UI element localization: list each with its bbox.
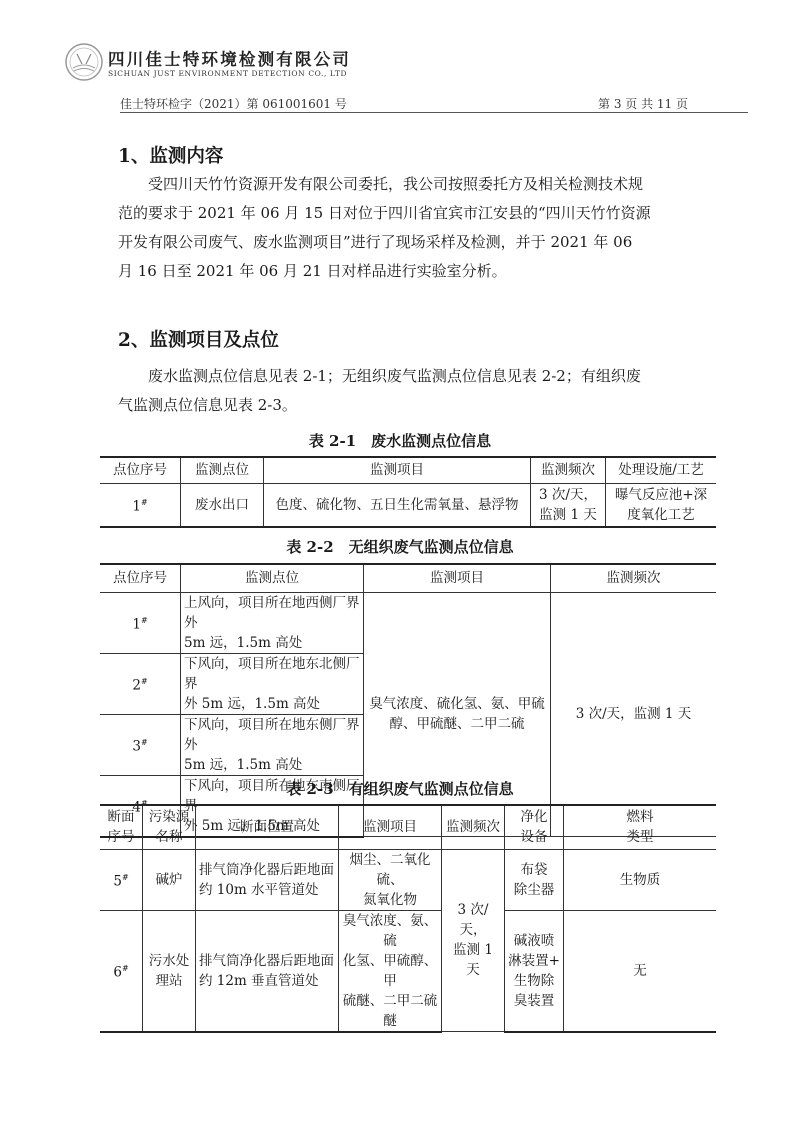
- section-2-paragraph: 废水监测点位信息见表 2-1；无组织废气监测点位信息见表 2-2；有组织废 气监…: [118, 362, 682, 420]
- purification-device: 布袋除尘器: [505, 849, 564, 910]
- fuel-type: 无: [564, 910, 717, 1032]
- table-header-row: 点位序号 监测点位 监测项目 监测频次 处理设施/工艺: [100, 457, 716, 483]
- para-line: 废水监测点位信息见表 2-1；无组织废气监测点位信息见表 2-2；有组织废: [148, 367, 641, 385]
- para-line: 开发有限公司废气、废水监测项目”进行了现场采样及检测，并于 2021 年 06: [118, 233, 632, 251]
- col-header: 点位序号: [100, 564, 181, 592]
- table-2-3: 断面序号 污染源名称 断面位置 监测项目 监测频次 净化设备 燃料类型 5# 碱…: [100, 804, 716, 1033]
- section-1-paragraph: 受四川天竹竹资源开发有限公司委托，我公司按照委托方及相关检测技术规 范的要求于 …: [118, 170, 682, 286]
- monitoring-items: 臭气浓度、硫化氢、氨、甲硫醇、甲硫醚、二甲二硫: [364, 592, 551, 837]
- col-header: 监测频次: [531, 457, 606, 483]
- monitoring-frequency: 3 次/天，监测 1 天: [531, 483, 606, 527]
- point-number: 3#: [100, 714, 181, 775]
- monitoring-items: 色度、硫化物、五日生化需氧量、悬浮物: [264, 483, 531, 527]
- monitoring-items: 烟尘、二氧化硫、氮氧化物: [339, 849, 442, 910]
- col-header: 监测点位: [181, 457, 264, 483]
- para-line: 气监测点位信息见表 2-3。: [118, 396, 297, 414]
- col-header: 处理设施/工艺: [606, 457, 717, 483]
- section-position: 排气筒净化器后距地面约 12m 垂直管道处: [196, 910, 339, 1032]
- table-2-1: 点位序号 监测点位 监测项目 监测频次 处理设施/工艺 1# 废水出口 色度、硫…: [100, 456, 716, 528]
- table-2-1-caption: 表 2-1 废水监测点位信息: [0, 430, 800, 451]
- company-logo-icon: [64, 42, 104, 82]
- monitoring-site: 废水出口: [181, 483, 264, 527]
- col-header: 净化设备: [505, 805, 564, 849]
- col-header: 点位序号: [100, 457, 181, 483]
- col-header: 监测点位: [181, 564, 364, 592]
- company-name-en: SICHUAN JUST ENVIRONMENT DETECTION CO., …: [108, 69, 347, 78]
- table-header-row: 断面序号 污染源名称 断面位置 监测项目 监测频次 净化设备 燃料类型: [100, 805, 716, 849]
- monitoring-site: 下风向，项目所在地东侧厂界外5m 远，1.5m 高处: [181, 714, 364, 775]
- point-number: 2#: [100, 653, 181, 714]
- col-header: 断面位置: [196, 805, 339, 849]
- table-header-row: 点位序号 监测点位 监测项目 监测频次: [100, 564, 716, 592]
- col-header: 燃料类型: [564, 805, 717, 849]
- col-header: 监测项目: [264, 457, 531, 483]
- col-header: 监测频次: [442, 805, 505, 849]
- company-name-cn: 四川佳士特环境检测有限公司: [108, 46, 351, 70]
- section-number: 6#: [100, 910, 143, 1032]
- point-number: 1#: [100, 592, 181, 653]
- document-number: 佳士特环检字（2021）第 061001601 号: [120, 95, 347, 112]
- page-number: 第 3 页 共 11 页: [598, 95, 688, 112]
- monitoring-site: 下风向，项目所在地东北侧厂界外 5m 远，1.5m 高处: [181, 653, 364, 714]
- table-2-3-caption: 表 2-3 有组织废气监测点位信息: [0, 778, 800, 799]
- monitoring-site: 上风向，项目所在地西侧厂界外5m 远，1.5m 高处: [181, 592, 364, 653]
- purification-device: 碱液喷淋装置+生物除臭装置: [505, 910, 564, 1032]
- table-row: 1# 上风向，项目所在地西侧厂界外5m 远，1.5m 高处 臭气浓度、硫化氢、氨…: [100, 592, 716, 653]
- section-2-title: 2、监测项目及点位: [118, 326, 279, 352]
- para-line: 范的要求于 2021 年 06 月 15 日对位于四川省宜宾市江安县的“四川天竹…: [118, 204, 651, 222]
- monitoring-frequency: 3 次/天，监测 1 天: [442, 849, 505, 1032]
- para-line: 受四川天竹竹资源开发有限公司委托，我公司按照委托方及相关检测技术规: [148, 175, 643, 193]
- monitoring-items: 臭气浓度、氨、硫化氢、甲硫醇、甲硫醚、二甲二硫醚: [339, 910, 442, 1032]
- section-1-title: 1、监测内容: [118, 142, 223, 168]
- section-number: 5#: [100, 849, 143, 910]
- monitoring-frequency: 3 次/天，监测 1 天: [551, 592, 717, 837]
- fuel-type: 生物质: [564, 849, 717, 910]
- table-row: 6# 污水处理站 排气筒净化器后距地面约 12m 垂直管道处 臭气浓度、氨、硫化…: [100, 910, 716, 1032]
- col-header: 监测项目: [339, 805, 442, 849]
- point-number: 1#: [100, 483, 181, 527]
- header-divider: [120, 112, 748, 113]
- pollution-source: 碱炉: [143, 849, 196, 910]
- table-row: 5# 碱炉 排气筒净化器后距地面约 10m 水平管道处 烟尘、二氧化硫、氮氧化物…: [100, 849, 716, 910]
- pollution-source: 污水处理站: [143, 910, 196, 1032]
- col-header: 监测频次: [551, 564, 717, 592]
- table-2-2-caption: 表 2-2 无组织废气监测点位信息: [0, 536, 800, 557]
- col-header: 污染源名称: [143, 805, 196, 849]
- section-position: 排气筒净化器后距地面约 10m 水平管道处: [196, 849, 339, 910]
- table-row: 1# 废水出口 色度、硫化物、五日生化需氧量、悬浮物 3 次/天，监测 1 天 …: [100, 483, 716, 527]
- treatment-facility: 曝气反应池+深度氧化工艺: [606, 483, 717, 527]
- col-header: 监测项目: [364, 564, 551, 592]
- para-line: 月 16 日至 2021 年 06 月 21 日对样品进行实验室分析。: [118, 262, 507, 280]
- col-header: 断面序号: [100, 805, 143, 849]
